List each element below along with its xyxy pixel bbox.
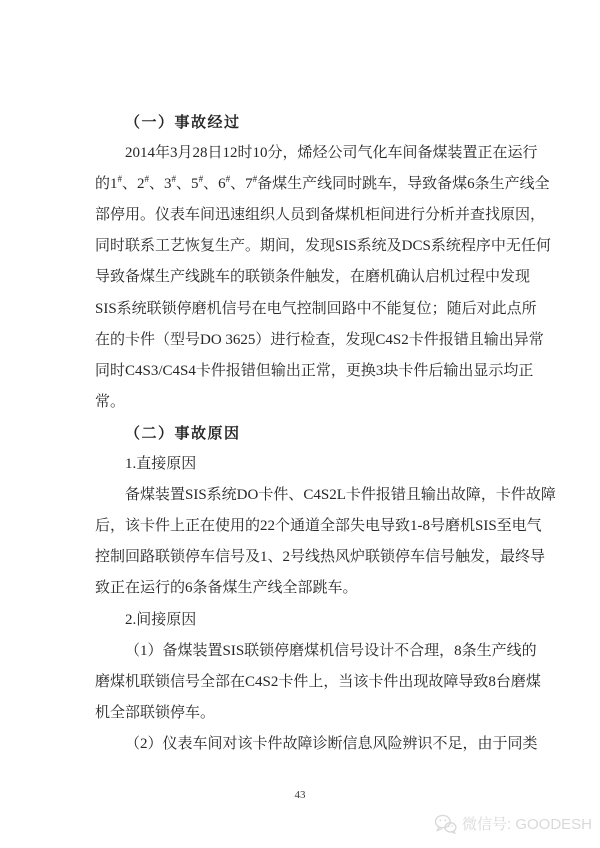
body-line: SIS系统联锁停磨机信号在电气控制回路中不能复位；随后对此点所: [95, 294, 510, 325]
body-line: 同时C4S3/C4S4卡件报错但输出正常，更换3块卡件后输出显示均正: [95, 356, 510, 387]
body-line: （1）备煤装置SIS联锁停磨煤机信号设计不合理，8条生产线的: [95, 636, 510, 667]
text-segment: 、5: [176, 176, 199, 192]
body-line: 导致备煤生产线跳车的联锁条件触发，在磨机确认启机过程中发现: [95, 262, 510, 293]
body-line: 常。: [95, 387, 510, 418]
text-segment: 备煤生产线同时跳车，导致备煤6条生产线全: [257, 176, 550, 192]
body-line: 机全部联锁停车。: [95, 698, 510, 729]
body-line: 控制回路联锁停车信号及1、2号线热风炉联锁停车信号触发，最终导: [95, 542, 510, 573]
body-line: 后，该卡件上正在使用的22个通道全部失电导致1-8号磨机SIS至电气: [95, 511, 510, 542]
body-line: 部停用。仪表车间迅速组织人员到备煤机柜间进行分析并查找原因，: [95, 200, 510, 231]
body-line: 致正在运行的6条备煤生产线全部跳车。: [95, 573, 510, 604]
body-line: 磨煤机联锁信号全部在C4S2卡件上，当该卡件出现故障导致8台磨煤: [95, 667, 510, 698]
wechat-label: 微信号: GOODESH: [462, 813, 592, 834]
text-segment: 的1: [95, 176, 118, 192]
text-segment: 、7: [230, 176, 253, 192]
body-line: 同时联系工艺恢复生产。期间，发现SIS系统及DCS系统程序中无任何: [95, 231, 510, 262]
text-segment: 、3: [149, 176, 172, 192]
wechat-icon: [434, 814, 457, 834]
body-line: 2014年3月28日12时10分，烯烃公司气化车间备煤装置正在运行: [95, 138, 510, 169]
body-line: 在的卡件（型号DO 3625）进行检查，发现C4S2卡件报错且输出异常: [95, 325, 510, 356]
section-heading: （一）事故经过: [95, 107, 510, 138]
page-number: 43: [0, 789, 600, 801]
document-text-block: （一）事故经过 2014年3月28日12时10分，烯烃公司气化车间备煤装置正在运…: [95, 107, 510, 760]
subsection-label: 1.直接原因: [95, 449, 510, 480]
text-segment: 、2: [122, 176, 145, 192]
body-line: 备煤装置SIS系统DO卡件、C4S2L卡件报错且输出故障，卡件故障: [95, 480, 510, 511]
text-segment: 、6: [203, 176, 226, 192]
document-page: （一）事故经过 2014年3月28日12时10分，烯烃公司气化车间备煤装置正在运…: [0, 0, 600, 848]
wechat-watermark: 微信号: GOODESH: [434, 813, 592, 834]
body-line: （2）仪表车间对该卡件故障诊断信息风险辨识不足，由于同类: [95, 729, 510, 760]
subsection-label: 2.间接原因: [95, 605, 510, 636]
body-line-superscripts: 的1#、2#、3#、5#、6#、7#备煤生产线同时跳车，导致备煤6条生产线全: [95, 169, 510, 200]
section-heading: （二）事故原因: [95, 418, 510, 449]
